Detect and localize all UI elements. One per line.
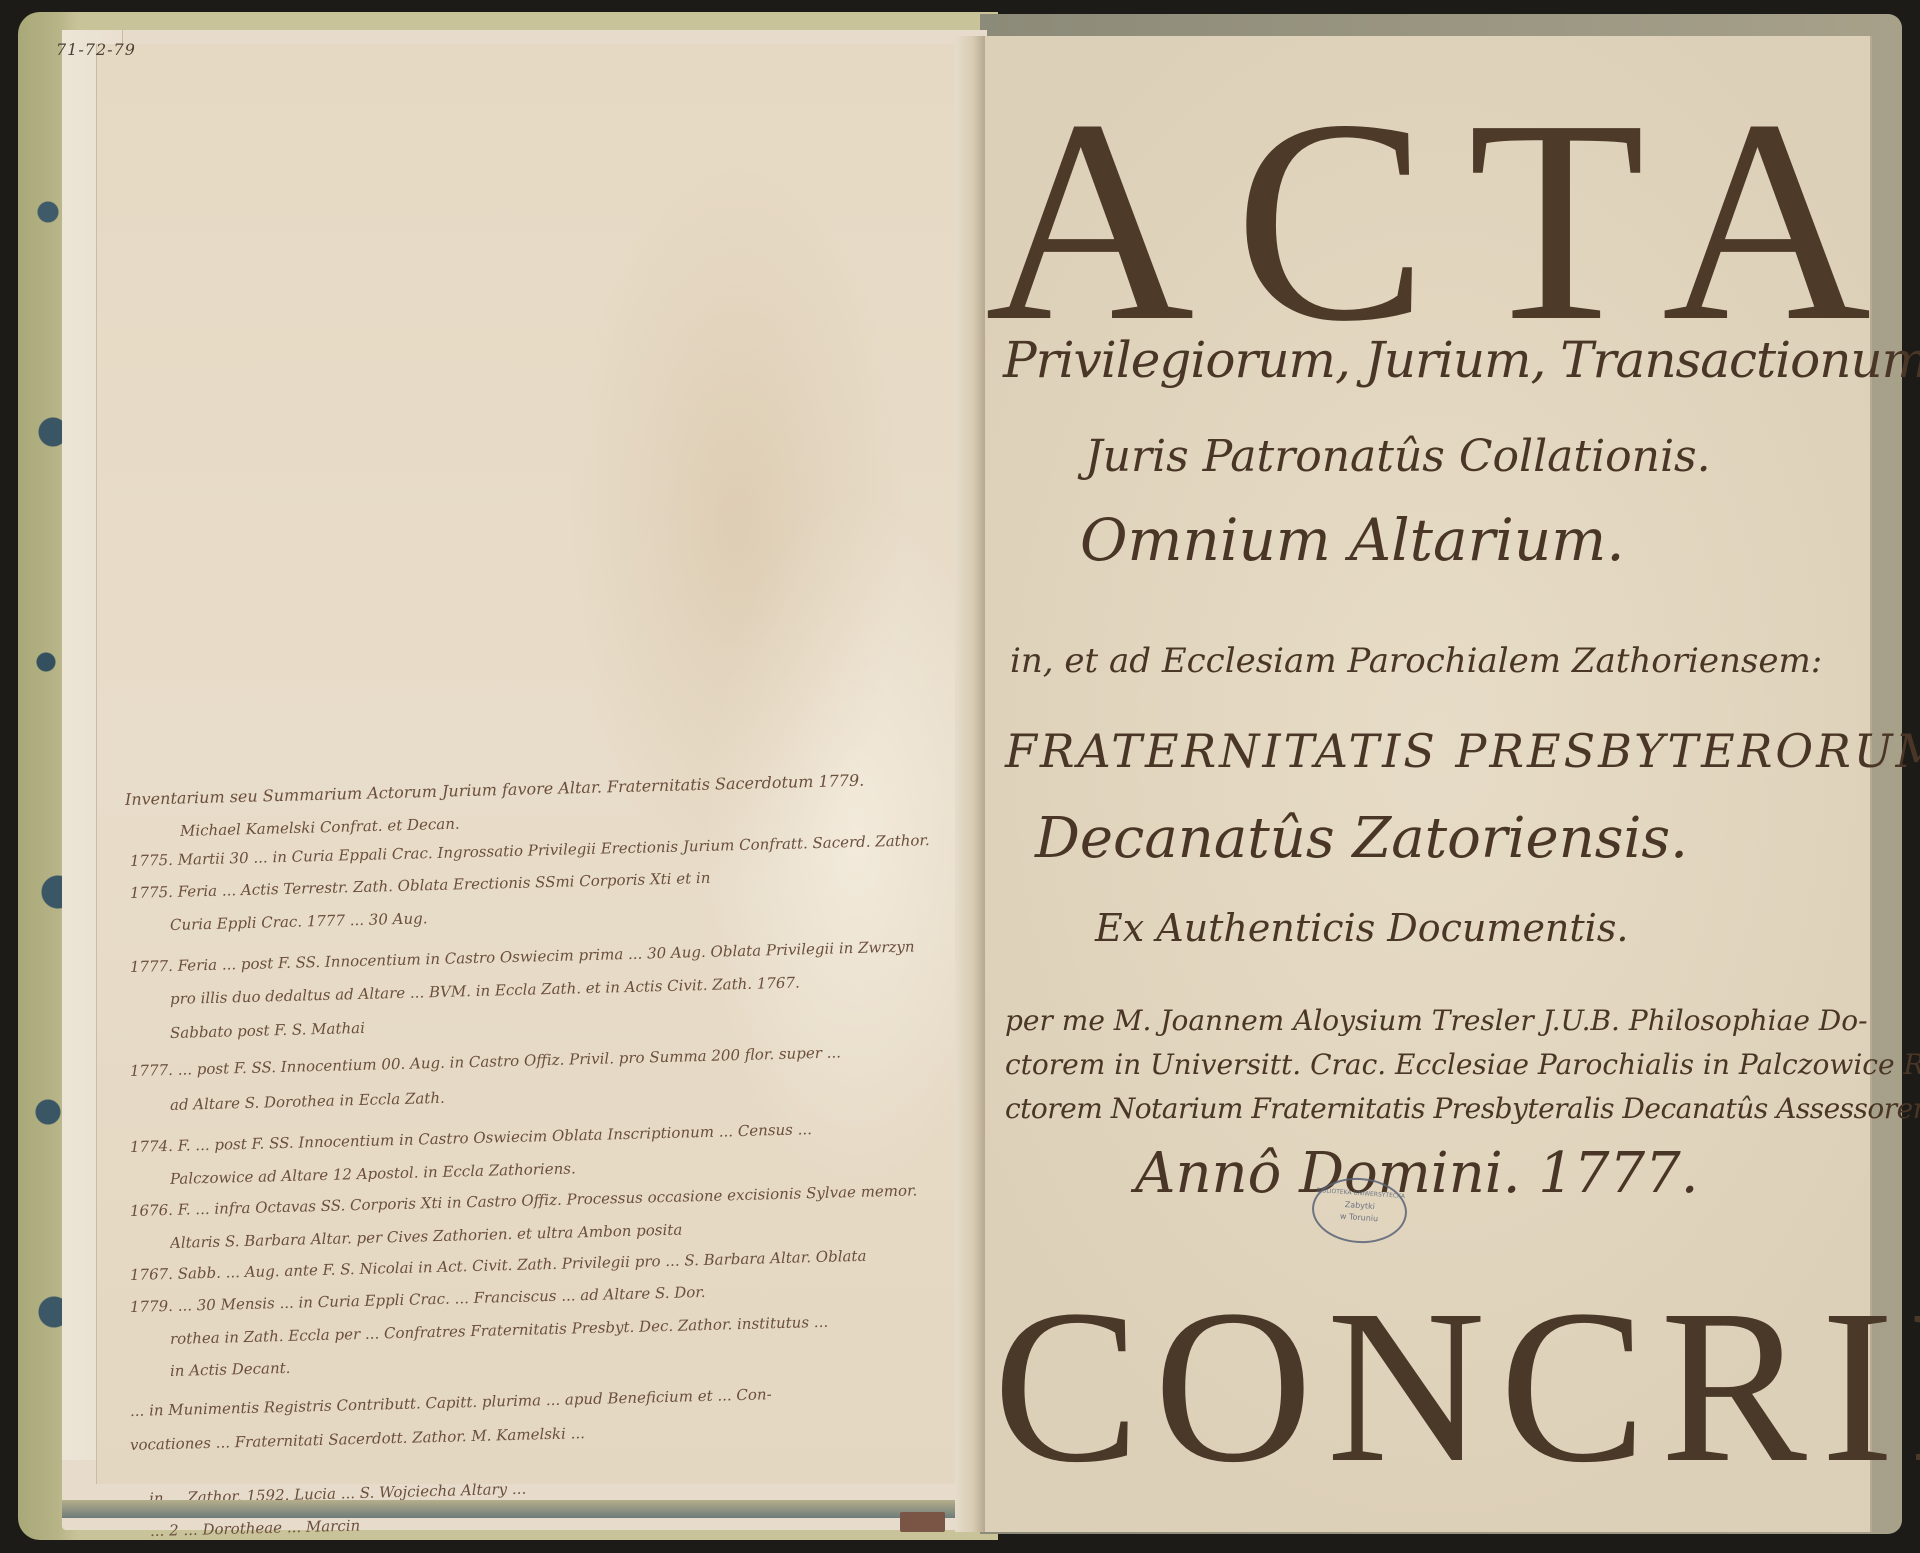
title-line: in, et ad Ecclesiam Parochialem Zathorie… xyxy=(1010,641,1895,681)
note-line: in Actis Decant. xyxy=(170,1359,291,1380)
title-line: Decanatûs Zatoriensis. xyxy=(1035,806,1920,871)
title-acta: ACTA xyxy=(985,76,1870,366)
book-spread: 71-72-79 Inventarium seu Summarium Actor… xyxy=(0,0,1920,1553)
title-line: Privilegiorum, Jurium, Transactionum. xyxy=(1003,331,1888,389)
author-line: ctorem Notarium Fraternitatis Presbytera… xyxy=(1005,1092,1890,1125)
title-page: ACTA Privilegiorum, Jurium, Transactionu… xyxy=(985,36,1870,1532)
title-line: FRATERNITATIS PRESBYTERORUM xyxy=(1005,724,1890,778)
author-line: ctorem in Universitt. Crac. Ecclesiae Pa… xyxy=(1005,1048,1890,1081)
book-gutter xyxy=(955,36,985,1532)
author-line: per me M. Joannem Aloysium Tresler J.U.B… xyxy=(1005,1004,1890,1037)
torn-page-edge xyxy=(62,1500,962,1518)
title-concripta: CONCRIPTA xyxy=(993,1276,1878,1496)
title-line: Ex Authenticis Documentis. xyxy=(1095,906,1920,950)
leather-corner-tab xyxy=(900,1512,945,1532)
shelfmark: 71-72-79 xyxy=(56,40,136,59)
date-line: Annô Domini. 1777. xyxy=(1135,1141,1920,1206)
title-line: Omnium Altarium. xyxy=(1080,506,1920,574)
title-line: Juris Patronatûs Collationis. xyxy=(1085,431,1920,482)
